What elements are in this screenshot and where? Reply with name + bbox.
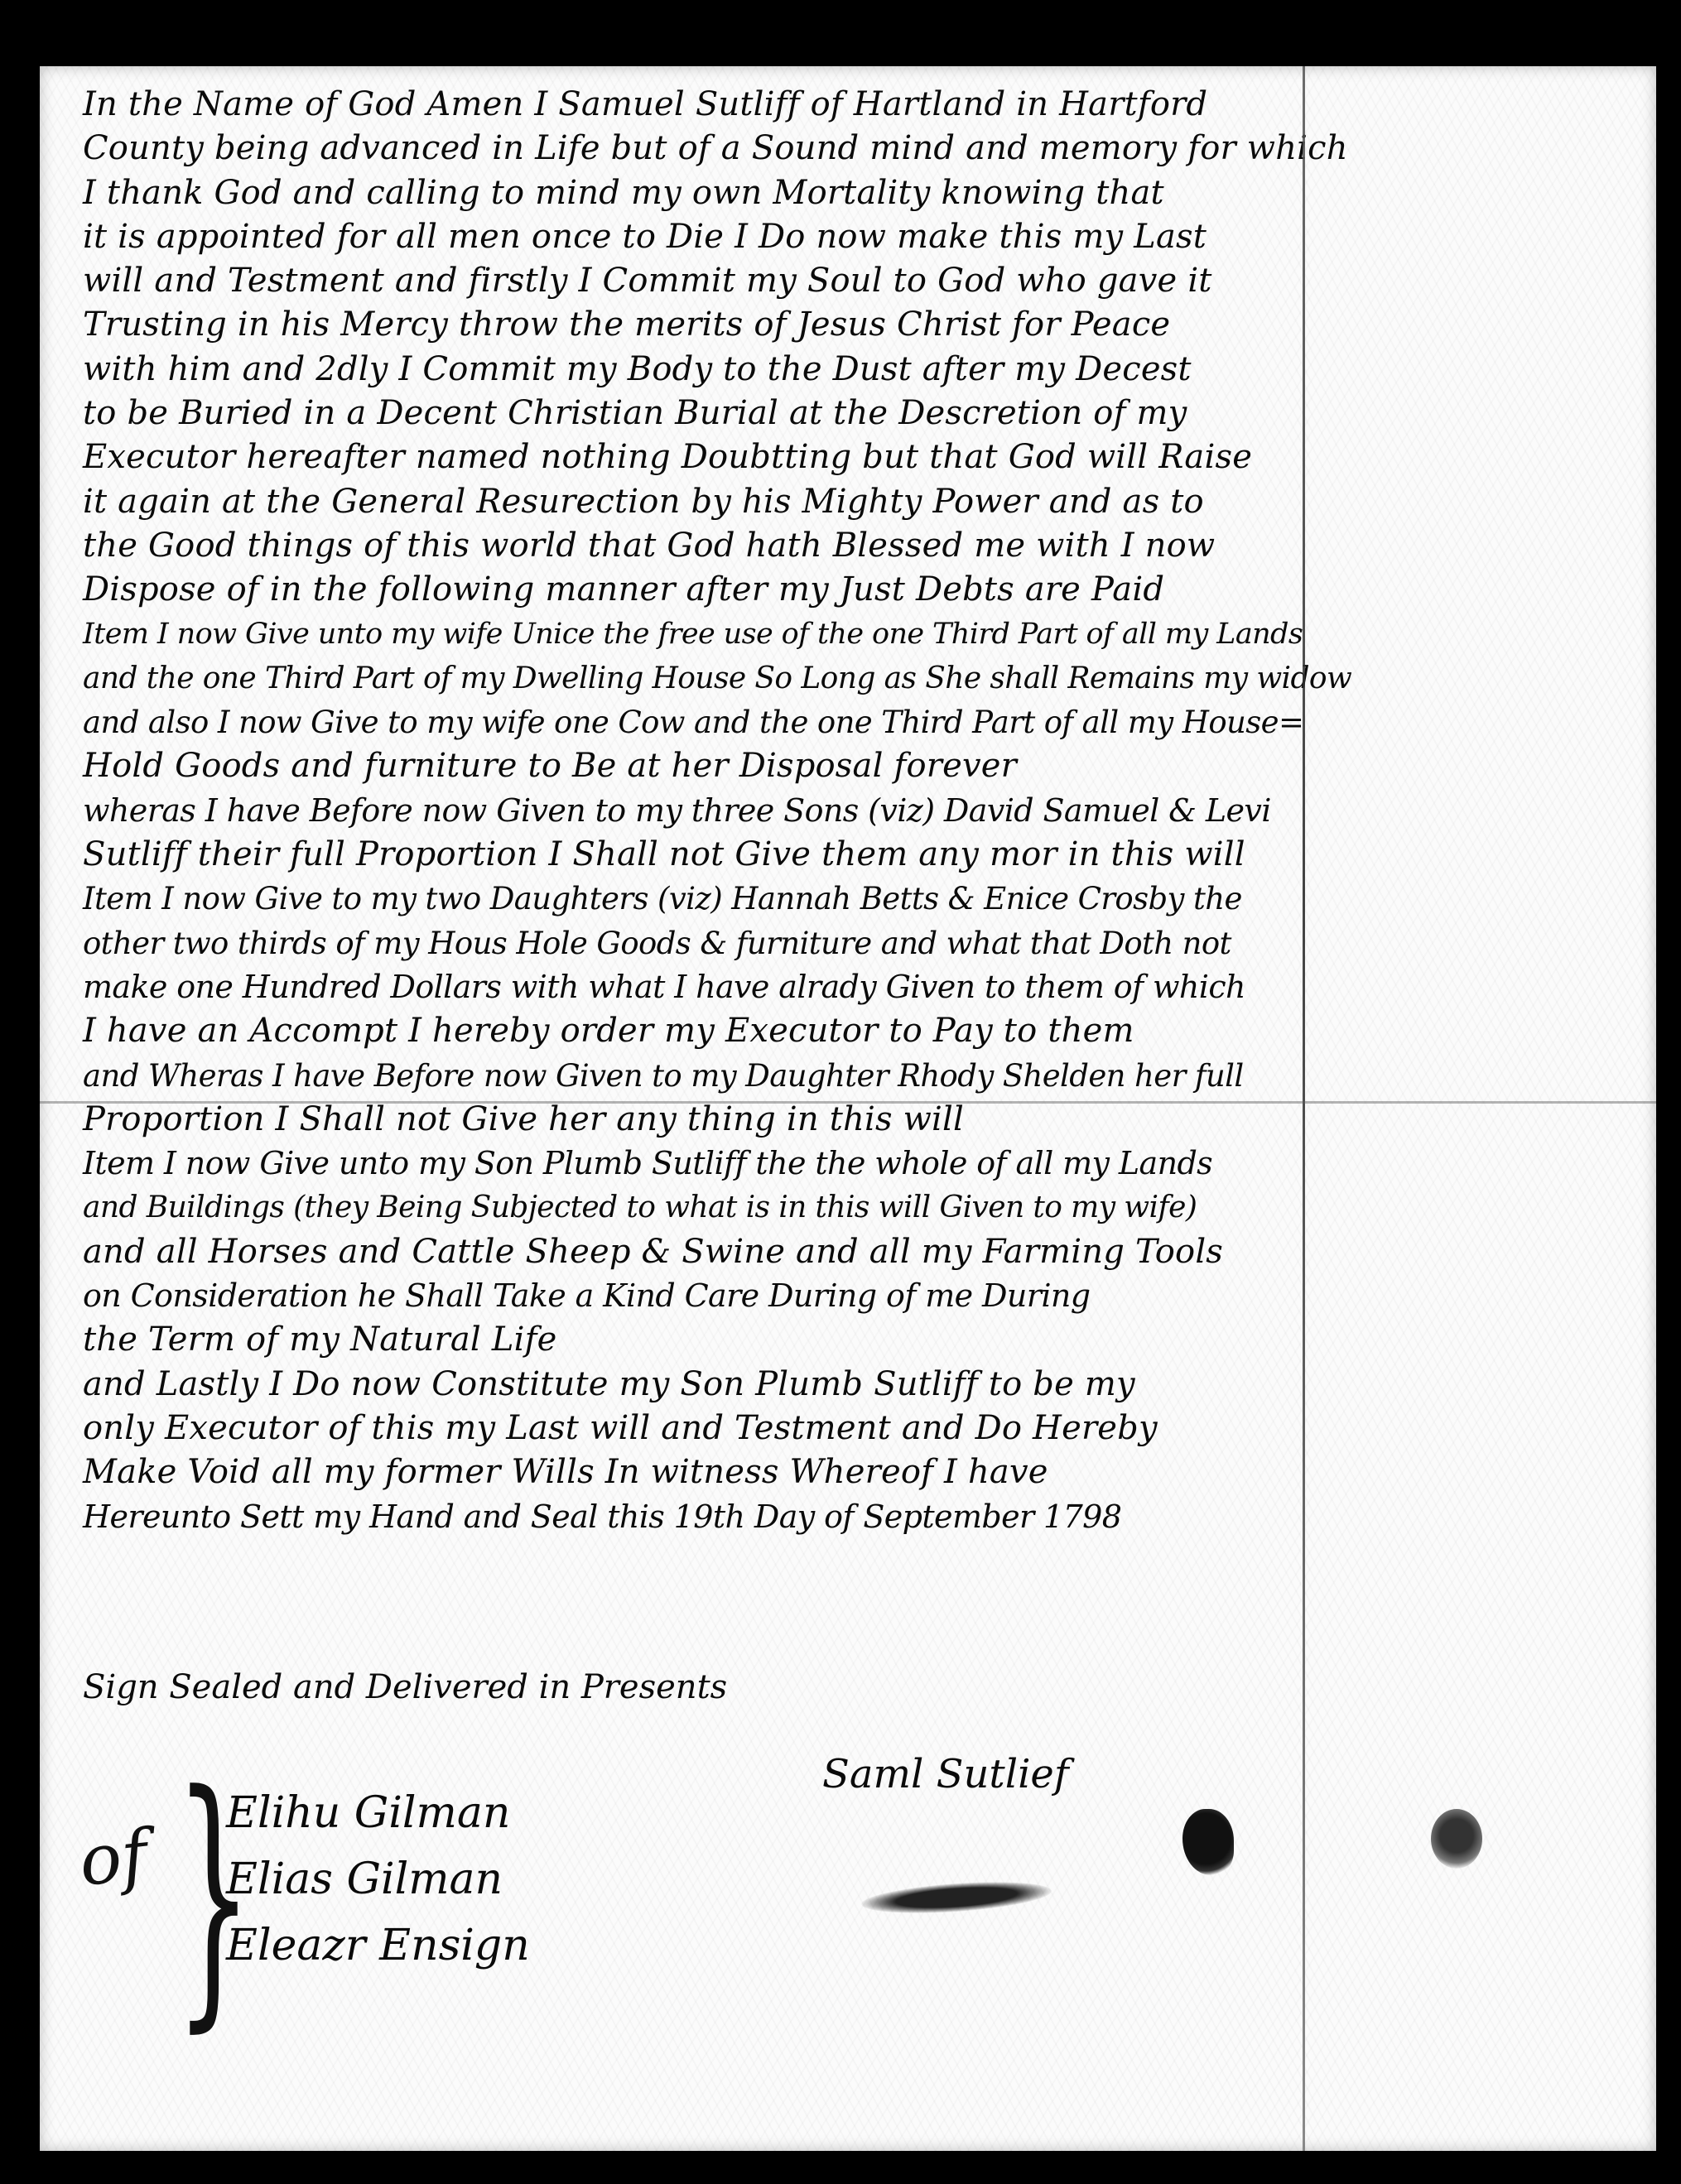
document-page: In the Name of God Amen I Samuel Sutliff…	[40, 66, 1656, 2151]
text-line: it is appointed for all men once to Die …	[83, 215, 1300, 259]
attestation-clause: Sign Sealed and Delivered in Presents	[83, 1668, 727, 1706]
witness-label: of	[75, 1814, 151, 1902]
text-line: Item I now Give unto my Son Plumb Sutlif…	[83, 1142, 1300, 1186]
text-line: In the Name of God Amen I Samuel Sutliff…	[83, 83, 1300, 127]
text-line: only Executor of this my Last will and T…	[83, 1407, 1300, 1450]
text-line: Dispose of in the following manner after…	[83, 568, 1300, 612]
text-line: and Lastly I Do now Constitute my Son Pl…	[83, 1363, 1300, 1407]
witness-name: Elias Gilman	[226, 1846, 530, 1912]
blank-panel	[1304, 66, 1656, 2151]
witness-name: Eleazr Ensign	[226, 1912, 530, 1979]
text-line: County being advanced in Life but of a S…	[83, 127, 1300, 171]
text-line: Executor hereafter named nothing Doubtti…	[83, 435, 1300, 479]
text-line: Sutliff their full Proportion I Shall no…	[83, 833, 1300, 877]
text-line: make one Hundred Dollars with what I hav…	[83, 965, 1300, 1009]
text-line: Hold Goods and furniture to Be at her Di…	[83, 744, 1300, 788]
text-line: and all Horses and Cattle Sheep & Swine …	[83, 1230, 1300, 1274]
text-line: and Buildings (they Being Subjected to w…	[83, 1186, 1300, 1229]
witness-name: Elihu Gilman	[226, 1780, 530, 1846]
seal-mark-icon	[860, 1877, 1052, 1918]
testator-signature: Saml Sutlief	[822, 1751, 1069, 1797]
written-panel: In the Name of God Amen I Samuel Sutliff…	[40, 66, 1303, 2151]
text-line: Make Void all my former Wills In witness…	[83, 1450, 1300, 1494]
text-line: other two thirds of my Hous Hole Goods &…	[83, 921, 1300, 965]
text-line: and the one Third Part of my Dwelling Ho…	[83, 657, 1300, 700]
text-line: with him and 2dly I Commit my Body to th…	[83, 348, 1300, 392]
wax-seal-icon	[1182, 1809, 1234, 1875]
witness-list: Elihu Gilman Elias Gilman Eleazr Ensign	[226, 1780, 530, 1979]
text-line: Proportion I Shall not Give her any thin…	[83, 1098, 1300, 1142]
text-line: on Consideration he Shall Take a Kind Ca…	[83, 1274, 1300, 1318]
text-line: it again at the General Resurection by h…	[83, 480, 1300, 524]
text-line: the Term of my Natural Life	[83, 1318, 1300, 1362]
wax-bleed-icon	[1431, 1809, 1482, 1869]
text-line: Item I now Give unto my wife Unice the f…	[83, 613, 1300, 657]
will-body-text: In the Name of God Amen I Samuel Sutliff…	[83, 83, 1300, 1539]
text-line: and also I now Give to my wife one Cow a…	[83, 700, 1300, 744]
text-line: will and Testment and firstly I Commit m…	[83, 259, 1300, 303]
text-line: the Good things of this world that God h…	[83, 524, 1300, 568]
text-line: wheras I have Before now Given to my thr…	[83, 789, 1300, 833]
text-line: Hereunto Sett my Hand and Seal this 19th…	[83, 1495, 1300, 1539]
text-line: to be Buried in a Decent Christian Buria…	[83, 392, 1300, 435]
text-line: and Wheras I have Before now Given to my…	[83, 1054, 1300, 1098]
text-line: Trusting in his Mercy throw the merits o…	[83, 303, 1300, 347]
text-line: I thank God and calling to mind my own M…	[83, 171, 1300, 215]
text-line: Item I now Give to my two Daughters (viz…	[83, 877, 1300, 921]
text-line: I have an Accompt I hereby order my Exec…	[83, 1009, 1300, 1053]
